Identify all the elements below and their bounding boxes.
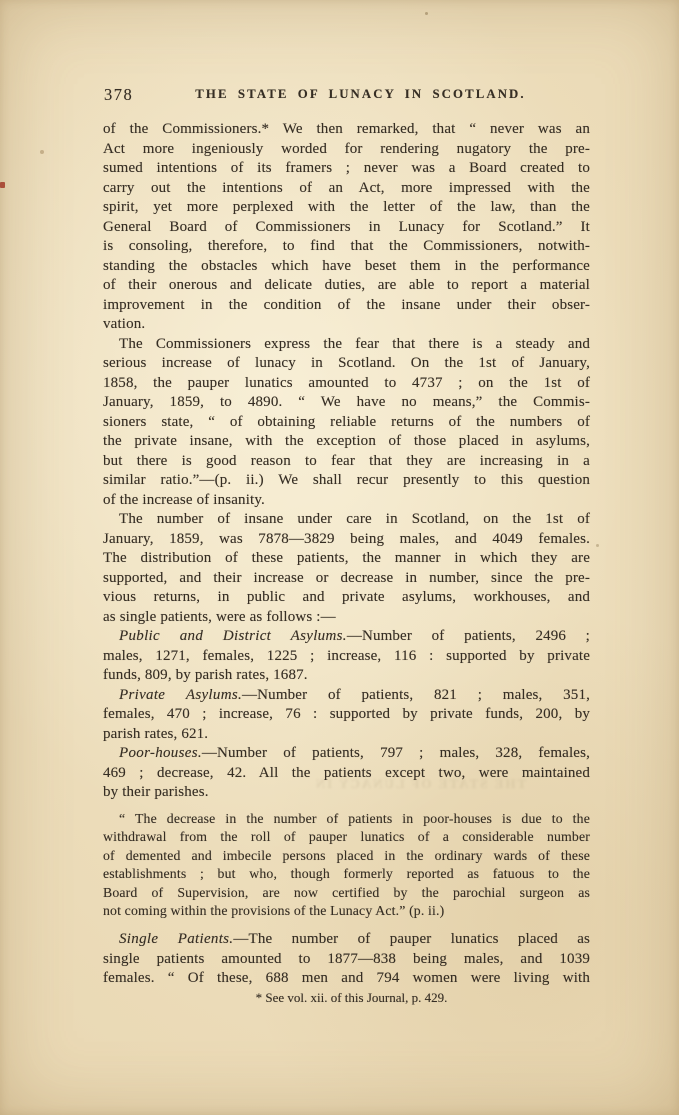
italic-heading: Private Asylums. bbox=[119, 687, 242, 703]
text-line: serious increase of lunacy in Scotland. … bbox=[103, 354, 590, 374]
text-line: of their onerous and delicate duties, ar… bbox=[103, 276, 590, 296]
text-line: Board of Supervision, are now certified … bbox=[103, 884, 590, 903]
text-line: “ The decrease in the number of patients… bbox=[103, 810, 590, 829]
text-line: The number of insane under care in Scotl… bbox=[103, 510, 590, 530]
text-line: Poor-houses.—Number of patients, 797 ; m… bbox=[103, 744, 590, 764]
paragraph: Public and District Asylums.—Number of p… bbox=[103, 627, 590, 686]
paragraph: The number of insane under care in Scotl… bbox=[103, 510, 590, 627]
paragraph: The Commissioners express the fear that … bbox=[103, 335, 590, 511]
footnote: * See vol. xii. of this Journal, p. 429. bbox=[108, 990, 595, 1006]
text-line: establishments ; but who, though formerl… bbox=[103, 865, 590, 884]
text-line: sumed intentions of its framers ; never … bbox=[103, 159, 590, 179]
text-line: Act more ingeniously worded for renderin… bbox=[103, 140, 590, 160]
text-line: vation. bbox=[103, 315, 590, 335]
text-line: carry out the intentions of an Act, more… bbox=[103, 179, 590, 199]
text-line: by their parishes. bbox=[103, 783, 590, 803]
paragraph: Single Patients.—The number of pauper lu… bbox=[103, 930, 590, 989]
text-line: General Board of Commissioners in Lunacy… bbox=[103, 218, 590, 238]
text-line: of the Commissioners.* We then remarked,… bbox=[103, 120, 590, 140]
text-line: similar ratio.”—(p. ii.) We shall recur … bbox=[103, 471, 590, 491]
scanned-book-page: THE STATE OF LUNACY IN 378 THE STATE OF … bbox=[0, 0, 679, 1115]
ink-speck bbox=[0, 182, 5, 188]
running-head-title: THE STATE OF LUNACY IN SCOTLAND. bbox=[117, 87, 604, 102]
paragraph: “ The decrease in the number of patients… bbox=[103, 810, 590, 922]
text-line: of demented and imbecile persons placed … bbox=[103, 847, 590, 866]
page-header: 378 THE STATE OF LUNACY IN SCOTLAND. bbox=[103, 85, 590, 105]
paper-speck bbox=[425, 12, 428, 15]
text-line: The Commissioners express the fear that … bbox=[103, 335, 590, 355]
text-line: January, 1859, to 4890. “ We have no mea… bbox=[103, 393, 590, 413]
text-line: vious returns, in public and private asy… bbox=[103, 588, 590, 608]
text-block: of the Commissioners.* We then remarked,… bbox=[103, 120, 590, 989]
text-line: improvement in the condition of the insa… bbox=[103, 296, 590, 316]
italic-heading: Poor-houses. bbox=[119, 745, 202, 761]
text-line: females, 470 ; increase, 76 : supported … bbox=[103, 705, 590, 725]
paragraph: Poor-houses.—Number of patients, 797 ; m… bbox=[103, 744, 590, 803]
text-line: The distribution of these patients, the … bbox=[103, 549, 590, 569]
text-line: spirit, yet more perplexed with the lett… bbox=[103, 198, 590, 218]
text-line: is consoling, therefore, to find that th… bbox=[103, 237, 590, 257]
text-line: sioners state, “ of obtaining reliable r… bbox=[103, 413, 590, 433]
text-line: standing the obstacles which have beset … bbox=[103, 257, 590, 277]
text-line: parish rates, 621. bbox=[103, 725, 590, 745]
text-line: 1858, the pauper lunatics amounted to 47… bbox=[103, 374, 590, 394]
paragraph: Private Asylums.—Number of patients, 821… bbox=[103, 686, 590, 745]
text-line: 469 ; decrease, 42. All the patients exc… bbox=[103, 764, 590, 784]
paper-speck bbox=[40, 150, 44, 154]
text-line: as single patients, were as follows :— bbox=[103, 608, 590, 628]
text-line: supported, and their increase or decreas… bbox=[103, 569, 590, 589]
text-line: not coming within the provisions of the … bbox=[103, 902, 590, 921]
text-line: funds, 809, by parish rates, 1687. bbox=[103, 666, 590, 686]
text-line: single patients amounted to 1877—838 bei… bbox=[103, 950, 590, 970]
text-line: Private Asylums.—Number of patients, 821… bbox=[103, 686, 590, 706]
text-line: withdrawal from the roll of pauper lunat… bbox=[103, 828, 590, 847]
paper-speck bbox=[596, 544, 599, 547]
text-line: Public and District Asylums.—Number of p… bbox=[103, 627, 590, 647]
italic-heading: Public and District Asylums. bbox=[119, 628, 347, 644]
text-line: females. “ Of these, 688 men and 794 wom… bbox=[103, 969, 590, 989]
text-line: males, 1271, females, 1225 ; increase, 1… bbox=[103, 647, 590, 667]
text-line: January, 1859, was 7878—3829 being males… bbox=[103, 530, 590, 550]
paragraph: of the Commissioners.* We then remarked,… bbox=[103, 120, 590, 335]
text-line: of the increase of insanity. bbox=[103, 491, 590, 511]
text-line: Single Patients.—The number of pauper lu… bbox=[103, 930, 590, 950]
text-line: the private insane, with the exception o… bbox=[103, 432, 590, 452]
italic-heading: Single Patients. bbox=[119, 931, 233, 947]
text-line: but there is good reason to fear that th… bbox=[103, 452, 590, 472]
